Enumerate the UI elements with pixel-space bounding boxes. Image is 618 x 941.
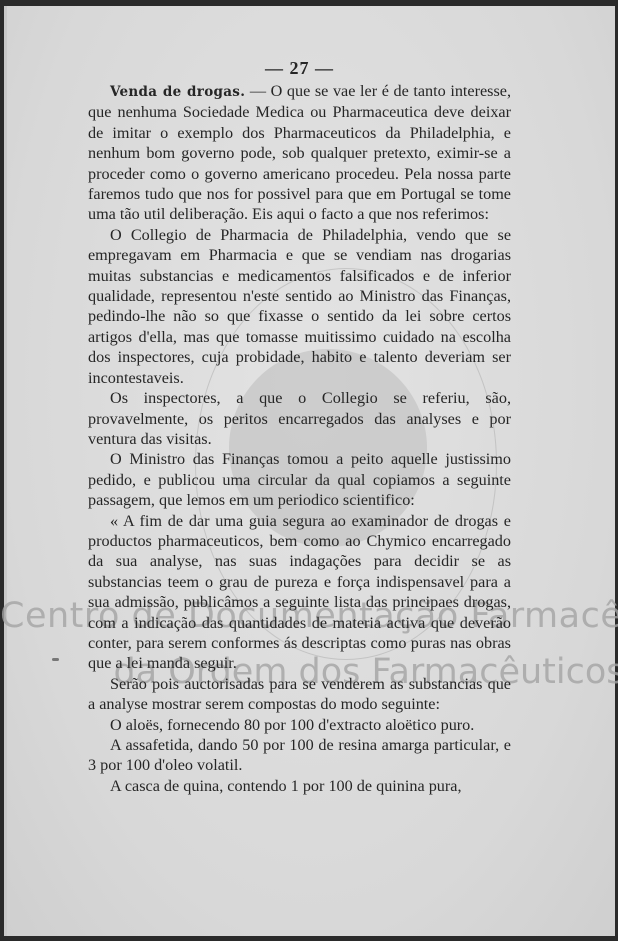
paragraph-2: O Collegio de Pharmacia de Philadelphia,…	[88, 225, 511, 388]
ink-smudge	[52, 658, 59, 661]
page-content: — 27 — Venda de drogas. — O que se vae l…	[88, 58, 511, 796]
list-item-aloes: O aloës, fornecendo 80 por 100 d'extract…	[88, 715, 511, 735]
list-item-assafetida: A assafetida, dando 50 por 100 de resina…	[88, 735, 511, 776]
section-heading: Venda de drogas.	[110, 84, 245, 100]
paragraph-3: Os inspectores, a que o Collegio se refe…	[88, 388, 511, 449]
list-item-quina: A casca de quina, contendo 1 por 100 de …	[88, 776, 511, 796]
paragraph-1: Venda de drogas. — O que se vae ler é de…	[88, 81, 511, 225]
paragraph-4: O Ministro das Finanças tomou a peito aq…	[88, 449, 511, 510]
page-number: — 27 —	[88, 58, 511, 78]
paragraph-1-text: — O que se vae ler é de tanto interesse,…	[88, 82, 511, 223]
paragraph-6: Serão pois auctorisadas para se venderem…	[88, 674, 511, 715]
paragraph-quote: « A fim de dar uma guia segura ao examin…	[88, 511, 511, 674]
